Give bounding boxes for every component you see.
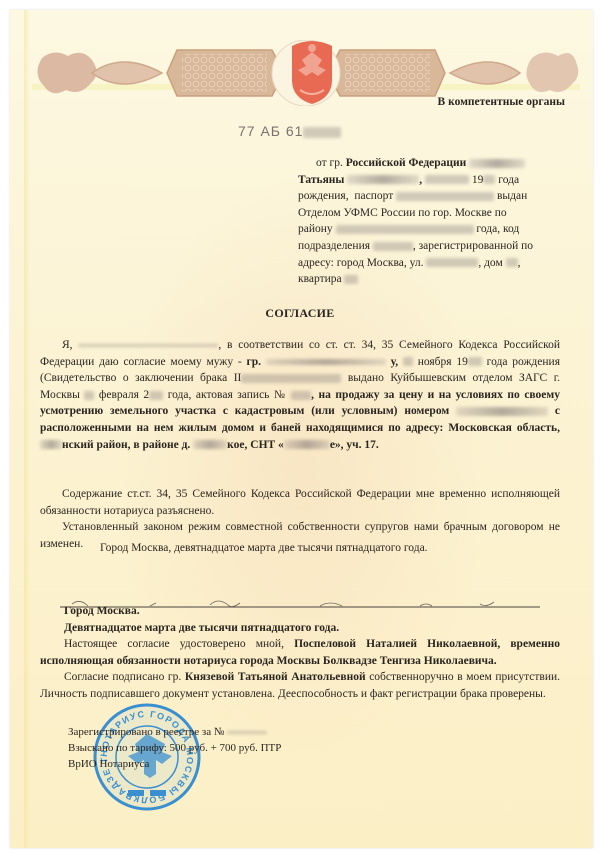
explanation-paragraph: Содержание ст.ст. 34, 35 Семейного Кодек… <box>40 486 560 519</box>
redacted-husband-name <box>266 359 386 365</box>
redacted-applicant-name <box>78 344 218 347</box>
coat-of-arms-emblem <box>286 34 338 106</box>
redacted-patronymic <box>347 175 419 184</box>
redacted-cadastral-number <box>456 407 548 416</box>
redacted-certificate <box>241 374 341 383</box>
place-and-date: Город Москва, девятнадцатое марта две ты… <box>100 542 428 554</box>
redacted-passport <box>396 192 494 201</box>
consent-paragraph: Я, , в соответствии со ст. ст. 34, 35 Се… <box>40 337 560 453</box>
registry-info: Зарегистрировано в реестре за № Взыскано… <box>68 724 281 772</box>
redacted-birthdate <box>425 175 469 184</box>
redacted-surname <box>469 159 525 168</box>
applicant-details: от гр. Российской Федерации Татьяны , 19… <box>298 155 560 288</box>
redacted-district-date <box>336 225 474 234</box>
document-title: СОГЛАСИЕ <box>0 306 600 321</box>
redacted-snt-name <box>284 440 330 449</box>
recipient-heading: В компетентные органы <box>438 96 565 108</box>
notary-certification: Город Москва. Девятнадцатое марта две ты… <box>40 603 560 703</box>
redacted-apartment <box>344 275 358 284</box>
redacted-street <box>426 258 478 267</box>
redacted-division-code <box>373 242 413 251</box>
redacted-registry-number <box>227 731 267 734</box>
serial-number: 77 АБ 61 <box>238 123 341 139</box>
redacted-serial <box>303 127 341 138</box>
